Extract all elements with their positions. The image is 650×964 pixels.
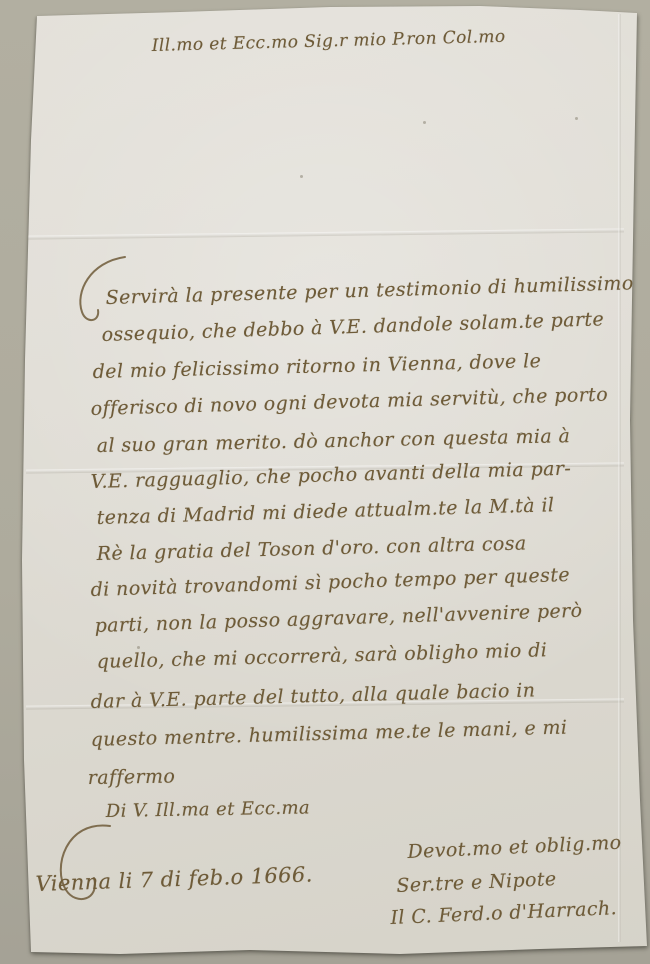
salutation-line: Ill.mo et Ecc.mo Sig.r mio P.ron Col.mo xyxy=(151,27,505,56)
paper-shadow-wrap: Ill.mo et Ecc.mo Sig.r mio P.ron Col.mo … xyxy=(0,0,650,964)
paper-speck xyxy=(300,175,303,178)
paper-speck xyxy=(423,121,426,124)
body-line-3: del mio felicissimo ritorno in Vienna, d… xyxy=(92,350,541,383)
fold-crease-top xyxy=(26,228,624,239)
body-line-11: quello, che mi occorrerà, sarà obligho m… xyxy=(96,639,547,673)
body-line-4: offerisco di novo ogni devota mia servit… xyxy=(90,384,608,420)
body-line-12: dar à V.E. parte del tutto, alla quale b… xyxy=(90,679,535,713)
paper-speck xyxy=(575,117,578,120)
signature-line-1: Devot.mo et oblig.mo xyxy=(407,832,622,863)
body-line-14-raffermo: raffermo xyxy=(88,765,176,789)
body-line-13: questo mentre. humilissima me.te le mani… xyxy=(90,717,567,751)
body-line-8: Rè la gratia del Toson d'oro. con altra … xyxy=(96,533,526,565)
body-line-10: parti, non la posso aggravare, nell'avve… xyxy=(94,600,582,637)
body-line-1: Servirà la presente per un testimonio di… xyxy=(105,272,634,309)
signature-line-2: Ser.tre e Nipote xyxy=(396,868,557,897)
dateline-initial-flourish xyxy=(48,818,118,913)
closing-line: Di V. Ill.ma et Ecc.ma xyxy=(106,797,311,822)
paper-speck xyxy=(137,646,140,649)
body-line-6: V.E. ragguaglio, che pocho avanti della … xyxy=(90,458,571,493)
letter-paper: Ill.mo et Ecc.mo Sig.r mio P.ron Col.mo … xyxy=(0,0,650,964)
body-line-7: tenza di Madrid mi diede attualm.te la M… xyxy=(96,494,554,529)
body-line-2: ossequio, che debbo à V.E. dandole solam… xyxy=(101,308,604,346)
right-edge-crease xyxy=(618,14,621,942)
photograph-of-manuscript-letter: Ill.mo et Ecc.mo Sig.r mio P.ron Col.mo … xyxy=(0,0,650,964)
body-line-9: di novità trovandomi sì pocho tempo per … xyxy=(90,564,570,601)
body-line-5: al suo gran merito. dò anchor con questa… xyxy=(97,425,571,457)
signature-line-3: Il C. Ferd.o d'Harrach. xyxy=(390,897,617,929)
